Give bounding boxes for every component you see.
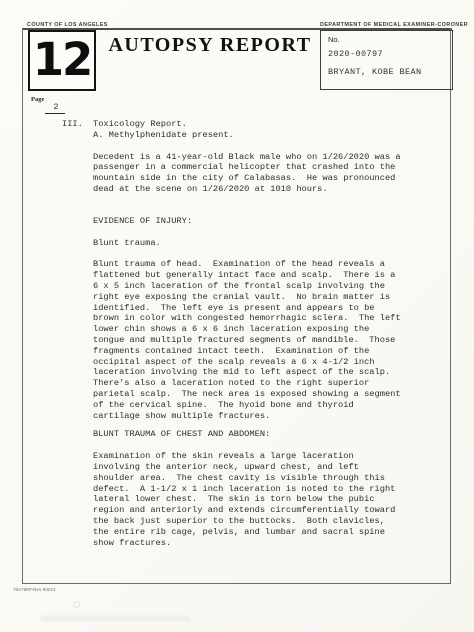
county-label: COUNTY OF LOS ANGELES [27,21,108,27]
head-trauma-paragraph: Blunt trauma of head. Examination of the… [93,259,430,421]
autopsy-report-page: COUNTY OF LOS ANGELES DEPARTMENT OF MEDI… [0,0,474,632]
form-number-box: 12 [28,30,96,91]
department-label: DEPARTMENT OF MEDICAL EXAMINER-CORONER [320,21,468,27]
chest-abdomen-heading: BLUNT TRAUMA OF CHEST AND ABDOMEN: [93,429,430,440]
scan-smudge [40,616,190,621]
page-label: Page [31,96,44,103]
scan-speck [73,601,80,608]
case-info-box: No. 2020-00797 BRYANT, KOBE BEAN [320,30,453,90]
section-numeral: III. [62,119,93,141]
decedent-name: BRYANT, KOBE BEAN [328,67,446,77]
page-title: AUTOPSY REPORT [103,34,317,57]
page-number: 2 [45,103,65,114]
form-number: 12 [33,37,92,85]
blunt-trauma-line: Blunt trauma. [93,238,430,249]
chest-abdomen-paragraph: Examination of the skin reveals a large … [93,451,430,548]
evidence-of-injury-heading: EVIDENCE OF INJURY: [93,216,430,227]
page-indicator: Page2 [31,96,65,114]
report-body: III. Toxicology Report. A. Methylphenida… [62,119,430,548]
case-number: 2020-00797 [328,49,446,59]
decedent-paragraph: Decedent is a 41-year-old Black male who… [93,152,430,195]
toxicology-heading: Toxicology Report. A. Methylphenidate pr… [93,119,234,141]
case-no-label: No. [328,35,446,44]
section-toxicology: III. Toxicology Report. A. Methylphenida… [62,119,430,141]
form-code: 76A798P-Rev 9/6/13 [13,588,56,592]
